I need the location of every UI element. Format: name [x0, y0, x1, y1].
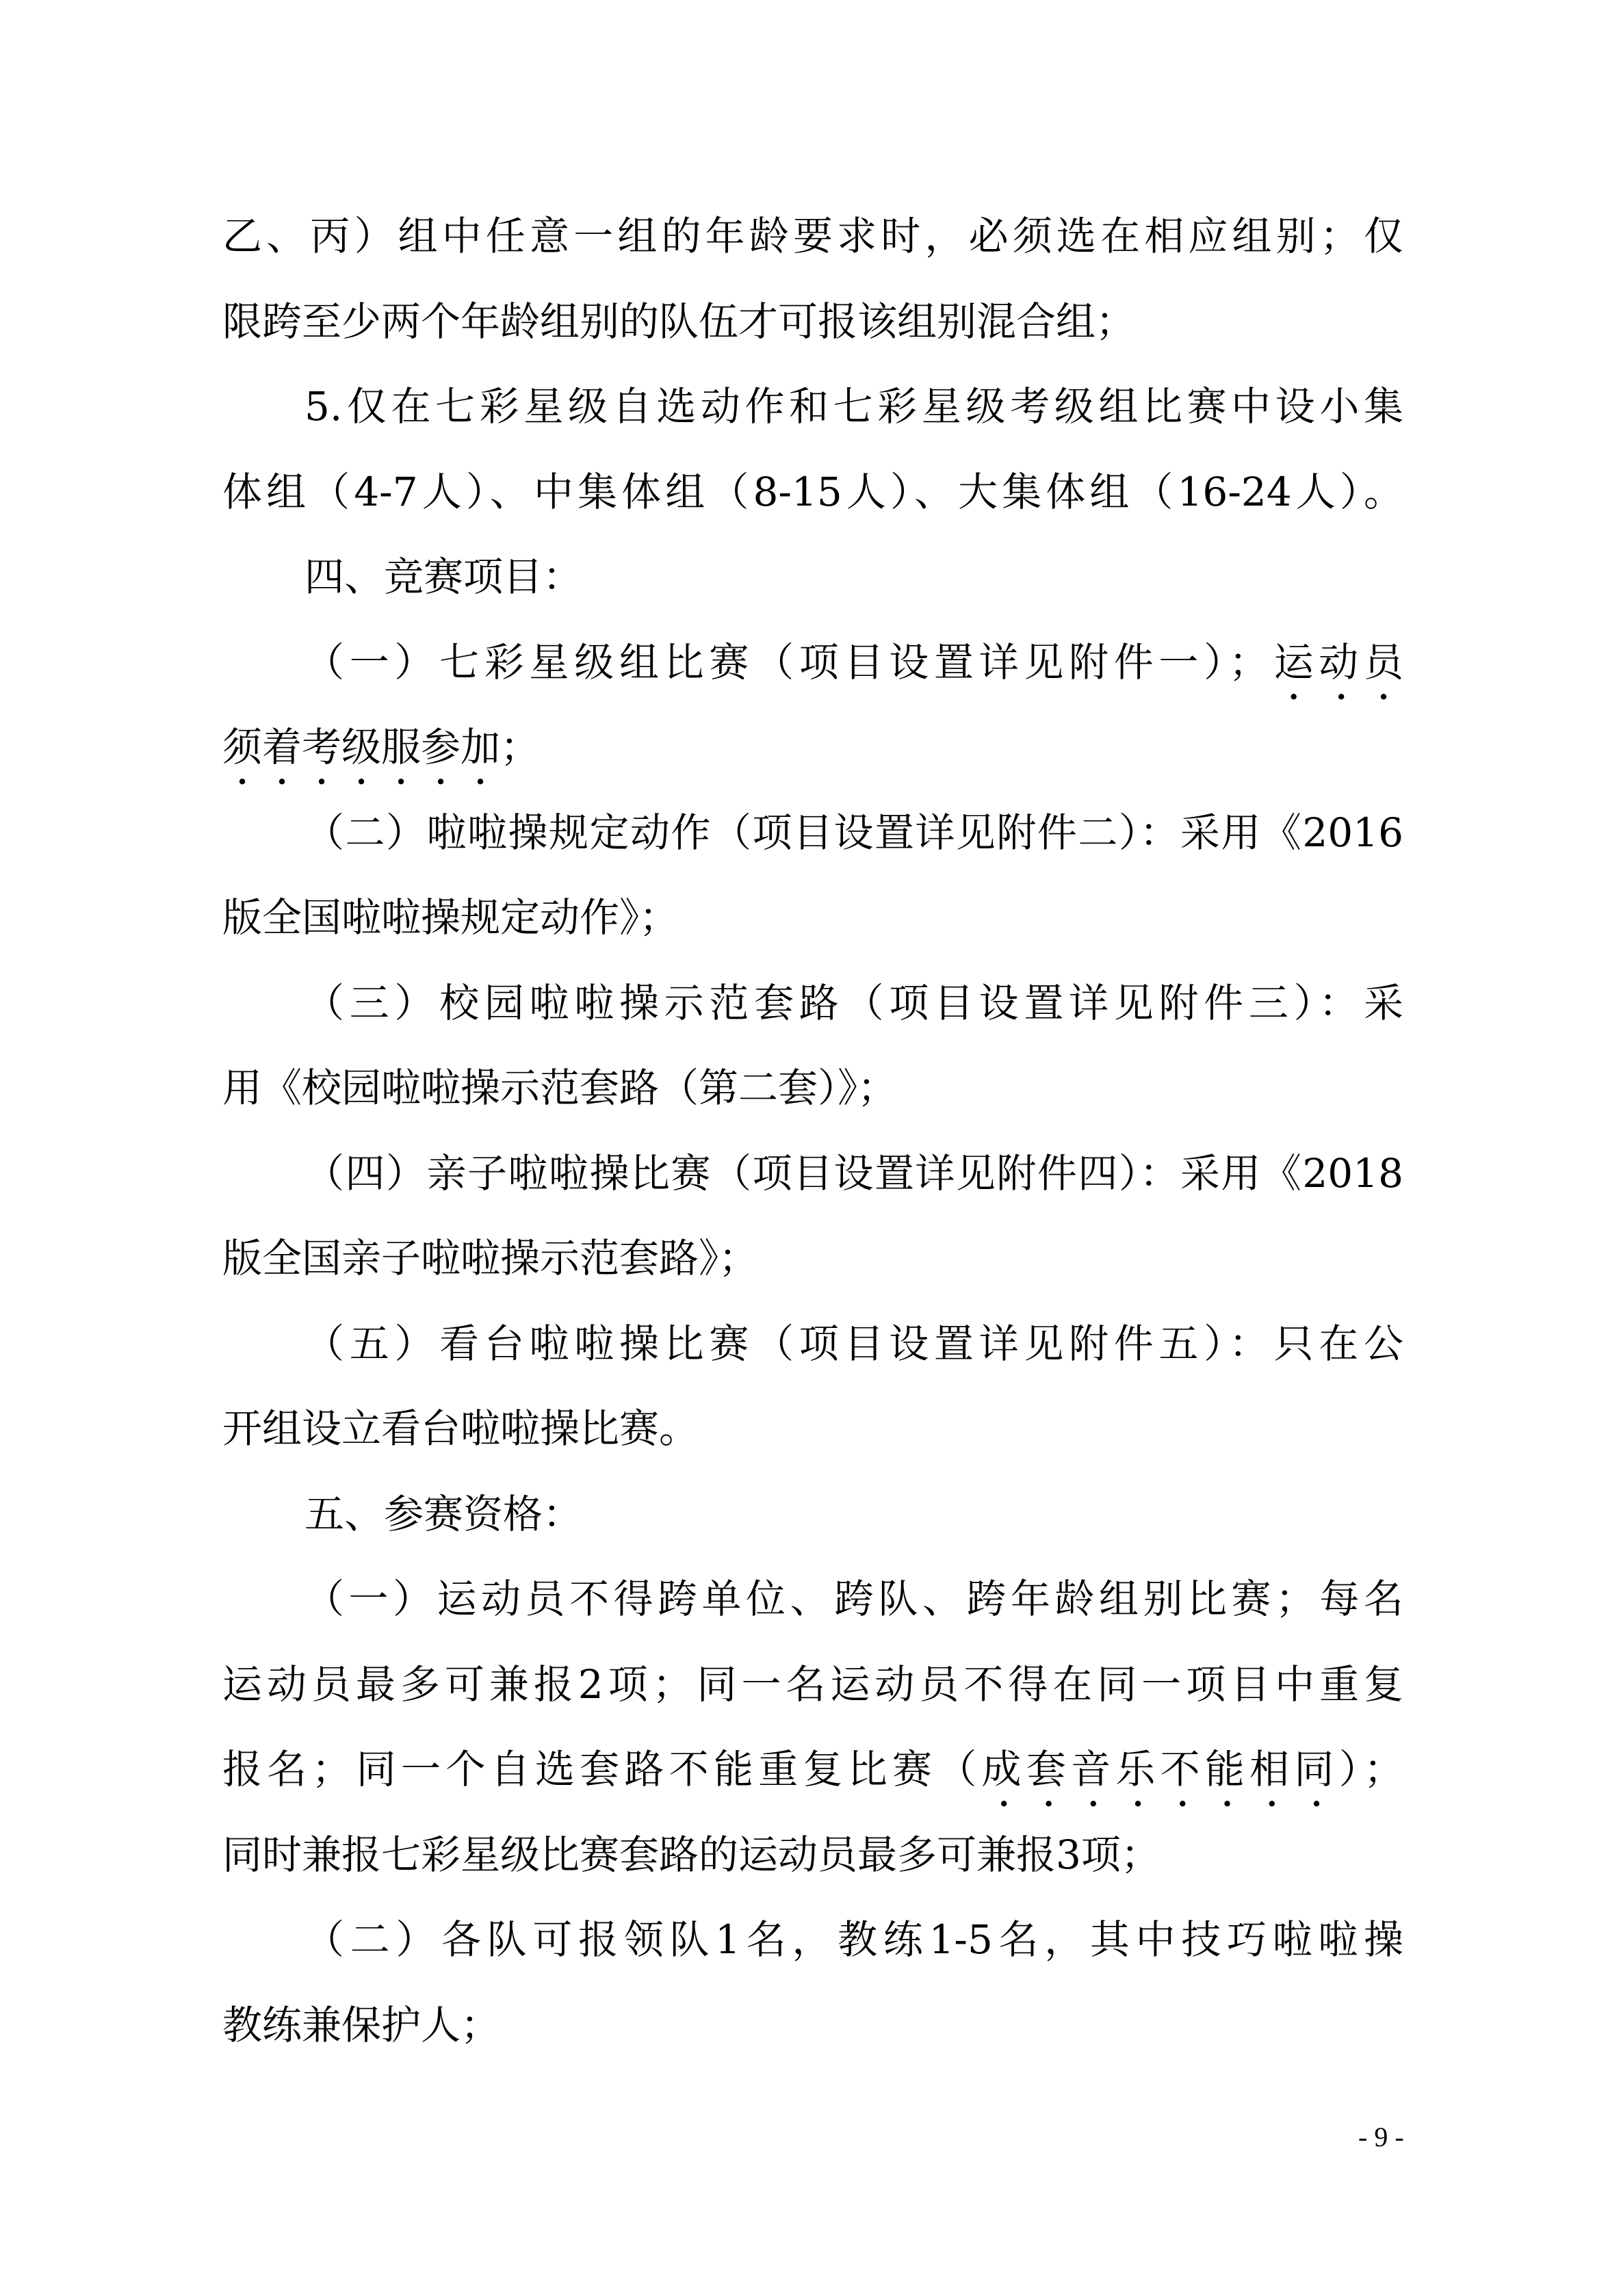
text-run: （二）啦啦操规定动作（项目设置详见附件二）：采用《2016: [304, 809, 1403, 856]
text-run: ；: [1364, 1746, 1403, 1792]
text-line: 运动员最多可兼报2项；同一名运动员不得在同一项目中重复: [222, 1642, 1403, 1727]
text-run: 运动员最多可兼报2项；同一名运动员不得在同一项目中重复: [222, 1661, 1403, 1708]
text-line: 同时兼报七彩星级比赛套路的运动员最多可兼报3项；: [222, 1812, 1403, 1898]
text-run: 开组设立看台啦啦操比赛。: [222, 1405, 699, 1452]
text-run: （五）看台啦啦操比赛（项目设置详见附件五）：只在公: [304, 1320, 1403, 1367]
text-line: （一）运动员不得跨单位、跨队、跨年龄组别比赛；每名: [222, 1556, 1403, 1642]
body-text: 乙、丙）组中任意一组的年龄要求时，必须选在相应组别；仅限跨至少两个年龄组别的队伍…: [222, 194, 1403, 2067]
emphasized-text: （成套音乐不能相同）: [937, 1746, 1364, 1792]
text-line: 须着考级服参加；: [222, 705, 1403, 790]
text-line: 5.仅在七彩星级自选动作和七彩星级考级组比赛中设小集: [222, 364, 1403, 449]
text-line: 体组（4-7人）、中集体组（8-15人）、大集体组（16-24人）。: [222, 449, 1403, 535]
text-run: 5.仅在七彩星级自选动作和七彩星级考级组比赛中设小集: [304, 383, 1403, 430]
text-run: 同时兼报七彩星级比赛套路的运动员最多可兼报3项；: [222, 1831, 1160, 1878]
text-line: 乙、丙）组中任意一组的年龄要求时，必须选在相应组别；仅: [222, 194, 1403, 279]
document-page: 乙、丙）组中任意一组的年龄要求时，必须选在相应组别；仅限跨至少两个年龄组别的队伍…: [0, 0, 1621, 2296]
text-line: （三）校园啦啦操示范套路（项目设置详见附件三）：采: [222, 961, 1403, 1046]
text-run: 五、参赛资格：: [304, 1491, 582, 1537]
text-run: 限跨至少两个年龄组别的队伍才可报该组别混合组；: [222, 298, 1135, 345]
text-line: （二）各队可报领队1名，教练1-5名，其中技巧啦啦操: [222, 1897, 1403, 1983]
text-run: （四）亲子啦啦操比赛（项目设置详见附件四）：采用《2018: [304, 1150, 1403, 1197]
text-line: 版全国亲子啦啦操示范套路》；: [222, 1216, 1403, 1301]
page-number: - 9 -: [1358, 2121, 1404, 2153]
text-run: 教练兼保护人；: [222, 2002, 500, 2048]
text-run: 报名；同一个自选套路不能重复比赛: [222, 1746, 937, 1792]
text-run: ；: [500, 724, 540, 770]
emphasized-text: 须着考级服参加: [222, 724, 500, 770]
text-line: 开组设立看台啦啦操比赛。: [222, 1386, 1403, 1472]
text-run: （一）七彩星级组比赛（项目设置详见附件一）；: [304, 639, 1269, 686]
text-line: 四、竞赛项目：: [222, 534, 1403, 620]
text-line: 五、参赛资格：: [222, 1472, 1403, 1557]
text-line: 用《校园啦啦操示范套路（第二套）》；: [222, 1045, 1403, 1131]
text-line: 限跨至少两个年龄组别的队伍才可报该组别混合组；: [222, 279, 1403, 365]
text-line: （五）看台啦啦操比赛（项目设置详见附件五）：只在公: [222, 1301, 1403, 1387]
text-line: （四）亲子啦啦操比赛（项目设置详见附件四）：采用《2018: [222, 1131, 1403, 1216]
text-run: 版全国啦啦操规定动作》；: [222, 894, 679, 941]
text-line: 报名；同一个自选套路不能重复比赛（成套音乐不能相同）；: [222, 1727, 1403, 1812]
text-run: 版全国亲子啦啦操示范套路》；: [222, 1235, 758, 1281]
text-run: （一）运动员不得跨单位、跨队、跨年龄组别比赛；每名: [304, 1576, 1403, 1622]
text-line: 版全国啦啦操规定动作》；: [222, 875, 1403, 961]
text-line: （一）七彩星级组比赛（项目设置详见附件一）；运动员: [222, 620, 1403, 705]
text-run: 体组（4-7人）、中集体组（8-15人）、大集体组（16-24人）。: [222, 469, 1403, 515]
text-run: （二）各队可报领队1名，教练1-5名，其中技巧啦啦操: [304, 1916, 1403, 1963]
text-run: 用《校园啦啦操示范套路（第二套）》；: [222, 1065, 897, 1111]
emphasized-text: 运动员: [1269, 639, 1403, 686]
text-line: 教练兼保护人；: [222, 1983, 1403, 2068]
text-run: （三）校园啦啦操示范套路（项目设置详见附件三）：采: [304, 980, 1403, 1026]
text-run: 乙、丙）组中任意一组的年龄要求时，必须选在相应组别；仅: [222, 213, 1403, 259]
text-line: （二）啦啦操规定动作（项目设置详见附件二）：采用《2016: [222, 790, 1403, 876]
text-run: 四、竞赛项目：: [304, 553, 582, 600]
